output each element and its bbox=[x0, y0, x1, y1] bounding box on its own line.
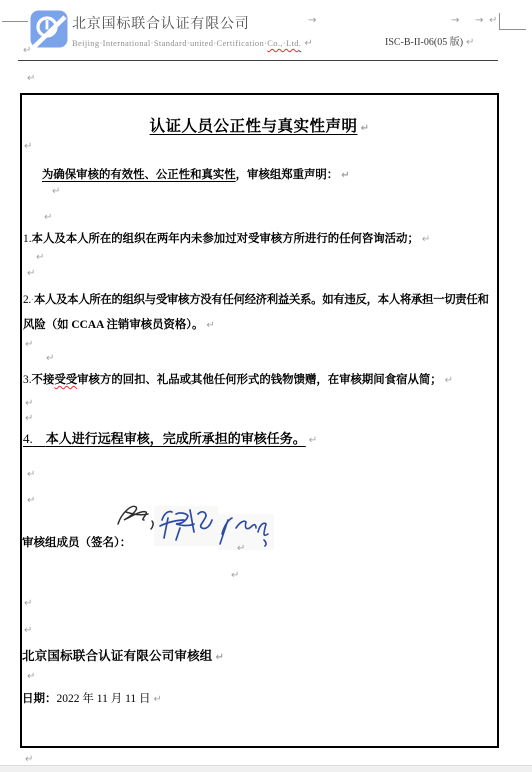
pilcrow-mark: ↵ bbox=[237, 544, 245, 554]
declaration-title: 认证人员公正性与真实性声明 bbox=[150, 118, 358, 135]
crop-mark-top-right-vertical bbox=[499, 13, 500, 30]
date-line: 日期：2022 年 11 月 11 日↵ bbox=[22, 690, 162, 706]
pilcrow-mark: ↵ bbox=[489, 16, 497, 26]
tab-mark-icon: → bbox=[451, 15, 459, 26]
clause-4-gap bbox=[33, 431, 46, 446]
pilcrow-mark: ↵ bbox=[422, 234, 430, 245]
pilcrow-mark: ↵ bbox=[27, 269, 35, 279]
clause-3-spellcheck-underline: 受受 bbox=[54, 374, 77, 386]
clause-4-number: 4. bbox=[23, 431, 33, 446]
pilcrow-mark: ↵ bbox=[27, 470, 35, 480]
grammar-blue-underline: . bbox=[299, 38, 301, 48]
pilcrow-mark: ↵ bbox=[341, 170, 349, 181]
intro-underlined: 为确保审核的有效性、公正性和真实性 bbox=[42, 169, 236, 181]
pilcrow-mark: ↵ bbox=[23, 46, 31, 56]
pilcrow-mark: ↵ bbox=[154, 694, 162, 705]
header-divider bbox=[18, 60, 498, 61]
pilcrow-mark: ↵ bbox=[25, 755, 33, 765]
clause-4-text: 本人进行远程审核，完成所承担的审核任务。 bbox=[46, 431, 306, 446]
spellcheck-red-underline: Co.,·Ltd bbox=[267, 38, 299, 48]
pilcrow-mark: ↵ bbox=[304, 38, 313, 49]
clause-1-number: 1. bbox=[23, 233, 32, 245]
document-code-text: ISC-B-II-06(05 版) bbox=[385, 37, 463, 48]
pilcrow-mark: ↵ bbox=[52, 187, 60, 197]
clause-4: 4. 本人进行远程审核，完成所承担的审核任务。↵ bbox=[23, 428, 317, 447]
clause-1-text: 本人及本人所在的组织在两年内未参加过对受审核方所进行的任何咨询活动； bbox=[32, 233, 419, 245]
handwritten-signatures bbox=[106, 498, 276, 556]
pilcrow-mark: ↵ bbox=[231, 571, 239, 581]
company-name-en: Beijing·International·Standard·united·Ce… bbox=[72, 38, 313, 49]
page-end-strip bbox=[0, 765, 532, 772]
pilcrow-mark: ↵ bbox=[24, 142, 32, 152]
crop-mark-top-left bbox=[2, 21, 28, 22]
word-document-page: { "header": { "company_cn": "北京国标联合认证有限公… bbox=[0, 0, 532, 772]
pilcrow-mark: ↵ bbox=[25, 340, 33, 350]
pilcrow-mark: ↵ bbox=[206, 320, 214, 331]
pilcrow-mark: ↵ bbox=[445, 375, 453, 386]
intro-line: 为确保审核的有效性、公正性和真实性，审核组郑重声明：↵ bbox=[42, 166, 350, 182]
clause-3: 3.不接受受审核方的回扣、礼品或其他任何形式的钱物馈赠，在审核期间食宿从简；↵ bbox=[23, 371, 453, 387]
tab-mark-icon: → bbox=[475, 15, 483, 26]
pilcrow-mark: ↵ bbox=[46, 354, 54, 364]
pilcrow-mark: ↵ bbox=[24, 599, 32, 609]
document-code: ISC-B-II-06(05 版)↵ bbox=[385, 33, 474, 48]
pilcrow-mark: ↵ bbox=[361, 123, 370, 134]
pilcrow-mark: ↵ bbox=[44, 213, 52, 223]
company-logo-icon bbox=[30, 10, 68, 48]
pilcrow-mark: ↵ bbox=[25, 414, 33, 424]
clause-3-text-b: 审核方的回扣、礼品或其他任何形式的钱物馈赠，在审核期间食宿从简； bbox=[77, 374, 442, 386]
crop-mark-top-right-horizontal bbox=[499, 29, 526, 30]
intro-rest: ，审核组郑重声明： bbox=[236, 169, 339, 181]
company-name-en-main: Beijing·International·Standard·united·Ce… bbox=[72, 38, 267, 48]
pilcrow-mark: ↵ bbox=[25, 399, 33, 409]
pilcrow-mark: ↵ bbox=[27, 496, 35, 506]
clause-3-number: 3. bbox=[23, 374, 32, 386]
pilcrow-mark: ↵ bbox=[216, 652, 225, 663]
date-label: 日期： bbox=[22, 693, 57, 705]
clause-2-line-1: 2.·本人及本人所在的组织与受审核方没有任何经济利益关系。如有违反，本人将承担一… bbox=[23, 291, 489, 307]
date-value: 2022 年 11 月 11 日 bbox=[57, 693, 151, 705]
tab-mark-icon: → bbox=[308, 15, 316, 26]
pilcrow-mark: ↵ bbox=[24, 626, 32, 636]
signature-1-black bbox=[118, 506, 153, 529]
clause-2-line-2: 风险（如 CCAA 注销审核员资格）。↵ bbox=[23, 316, 215, 332]
pilcrow-mark: ↵ bbox=[309, 435, 317, 446]
audit-team-text: 北京国标联合认证有限公司审核组 bbox=[22, 649, 213, 663]
clause-2-number: 2. bbox=[23, 294, 31, 306]
clause-3-text-a: 不接 bbox=[32, 374, 55, 386]
clause-1: 1.本人及本人所在的组织在两年内未参加过对受审核方所进行的任何咨询活动；↵ bbox=[23, 230, 430, 246]
clause-2-text-b: 风险（如 CCAA 注销审核员资格）。 bbox=[23, 319, 203, 331]
pilcrow-mark: ↵ bbox=[466, 37, 474, 48]
company-name-cn: 北京国标联合认证有限公司 bbox=[72, 13, 250, 33]
pilcrow-mark: ↵ bbox=[27, 74, 35, 84]
audit-team-line: 北京国标联合认证有限公司审核组↵ bbox=[22, 646, 224, 664]
clause-4-underlined: 4. 本人进行远程审核，完成所承担的审核任务。 bbox=[23, 431, 306, 446]
clause-2-text-a: 本人及本人所在的组织与受审核方没有任何经济利益关系。如有违反，本人将承担一切责任… bbox=[34, 294, 489, 306]
pilcrow-mark: ↵ bbox=[36, 253, 44, 263]
declaration-title-row: 认证人员公正性与真实性声明↵ bbox=[20, 114, 499, 136]
pilcrow-mark: ↵ bbox=[27, 672, 35, 682]
